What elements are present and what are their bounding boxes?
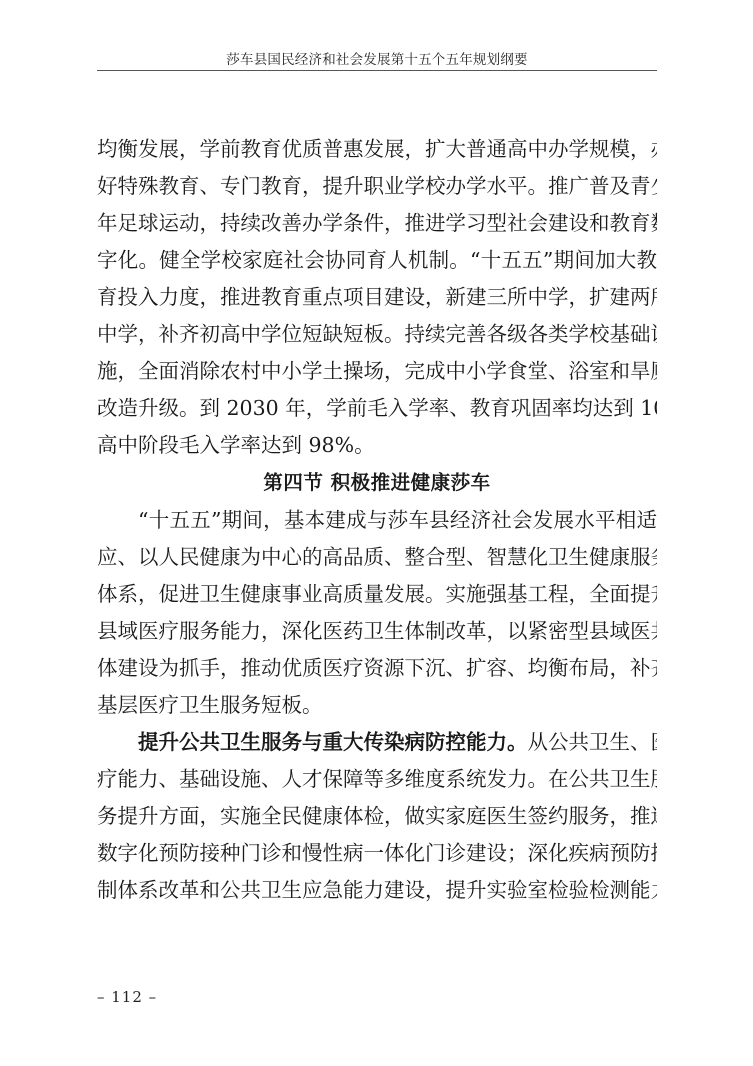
text-line: 年足球运动，持续改善办学条件，推进学习型社会建设和教育数 bbox=[97, 205, 657, 242]
bold-lead-sentence: 提升公共卫生服务与重大传染病防控能力。 bbox=[138, 730, 528, 754]
text-line: “十五五”期间，基本建成与莎车县经济社会发展水平相适 bbox=[97, 502, 657, 539]
text-line: 制体系改革和公共卫生应急能力建设，提升实验室检验检测能力 bbox=[97, 872, 657, 909]
text-line: 均衡发展，学前教育优质普惠发展，扩大普通高中办学规模，办 bbox=[97, 131, 657, 168]
text-line: 好特殊教育、专门教育，提升职业学校办学水平。推广普及青少 bbox=[97, 168, 657, 205]
header-rule bbox=[97, 70, 657, 71]
text-line: 中学，补齐初高中学位短缺短板。持续完善各级各类学校基础设 bbox=[97, 316, 657, 353]
document-page: 莎车县国民经济和社会发展第十五个五年规划纲要 均衡发展，学前教育优质普惠发展，扩… bbox=[0, 0, 753, 1066]
body-text: 均衡发展，学前教育优质普惠发展，扩大普通高中办学规模，办 好特殊教育、专门教育，… bbox=[97, 131, 657, 909]
text-line: 应、以人民健康为中心的高品质、整合型、智慧化卫生健康服务 bbox=[97, 539, 657, 576]
section-heading: 第四节 积极推进健康莎车 bbox=[97, 464, 657, 502]
text-run: 从公共卫生、医 bbox=[528, 730, 658, 754]
paragraph-education: 均衡发展，学前教育优质普惠发展，扩大普通高中办学规模，办 好特殊教育、专门教育，… bbox=[97, 131, 657, 464]
text-line: 体系，促进卫生健康事业高质量发展。实施强基工程，全面提升 bbox=[97, 576, 657, 613]
text-line: 体建设为抓手，推动优质医疗资源下沉、扩容、均衡布局，补齐 bbox=[97, 650, 657, 687]
text-line: 改造升级。到 2030 年，学前毛入学率、教育巩固率均达到 100%， bbox=[97, 390, 657, 427]
text-line: 高中阶段毛入学率达到 98%。 bbox=[97, 427, 657, 464]
text-line: 疗能力、基础设施、人才保障等多维度系统发力。在公共卫生服 bbox=[97, 761, 657, 798]
text-line: 育投入力度，推进教育重点项目建设，新建三所中学，扩建两所 bbox=[97, 279, 657, 316]
text-line: 县域医疗服务能力，深化医药卫生体制改革，以紧密型县域医共 bbox=[97, 613, 657, 650]
text-line: 施，全面消除农村中小学土操场，完成中小学食堂、浴室和旱厕 bbox=[97, 353, 657, 390]
running-header-title: 莎车县国民经济和社会发展第十五个五年规划纲要 bbox=[97, 48, 657, 68]
text-line: 字化。健全学校家庭社会协同育人机制。“十五五”期间加大教 bbox=[97, 242, 657, 279]
text-line: 务提升方面，实施全民健康体检，做实家庭医生签约服务，推进 bbox=[97, 798, 657, 835]
text-line: 基层医疗卫生服务短板。 bbox=[97, 687, 657, 724]
text-line: 数字化预防接种门诊和慢性病一体化门诊建设；深化疾病预防控 bbox=[97, 835, 657, 872]
text-line: 提升公共卫生服务与重大传染病防控能力。从公共卫生、医 bbox=[97, 724, 657, 761]
paragraph-public-health: 提升公共卫生服务与重大传染病防控能力。从公共卫生、医 疗能力、基础设施、人才保障… bbox=[97, 724, 657, 909]
paragraph-health-intro: “十五五”期间，基本建成与莎车县经济社会发展水平相适 应、以人民健康为中心的高品… bbox=[97, 502, 657, 724]
page-number: – 112 – bbox=[97, 988, 157, 1006]
